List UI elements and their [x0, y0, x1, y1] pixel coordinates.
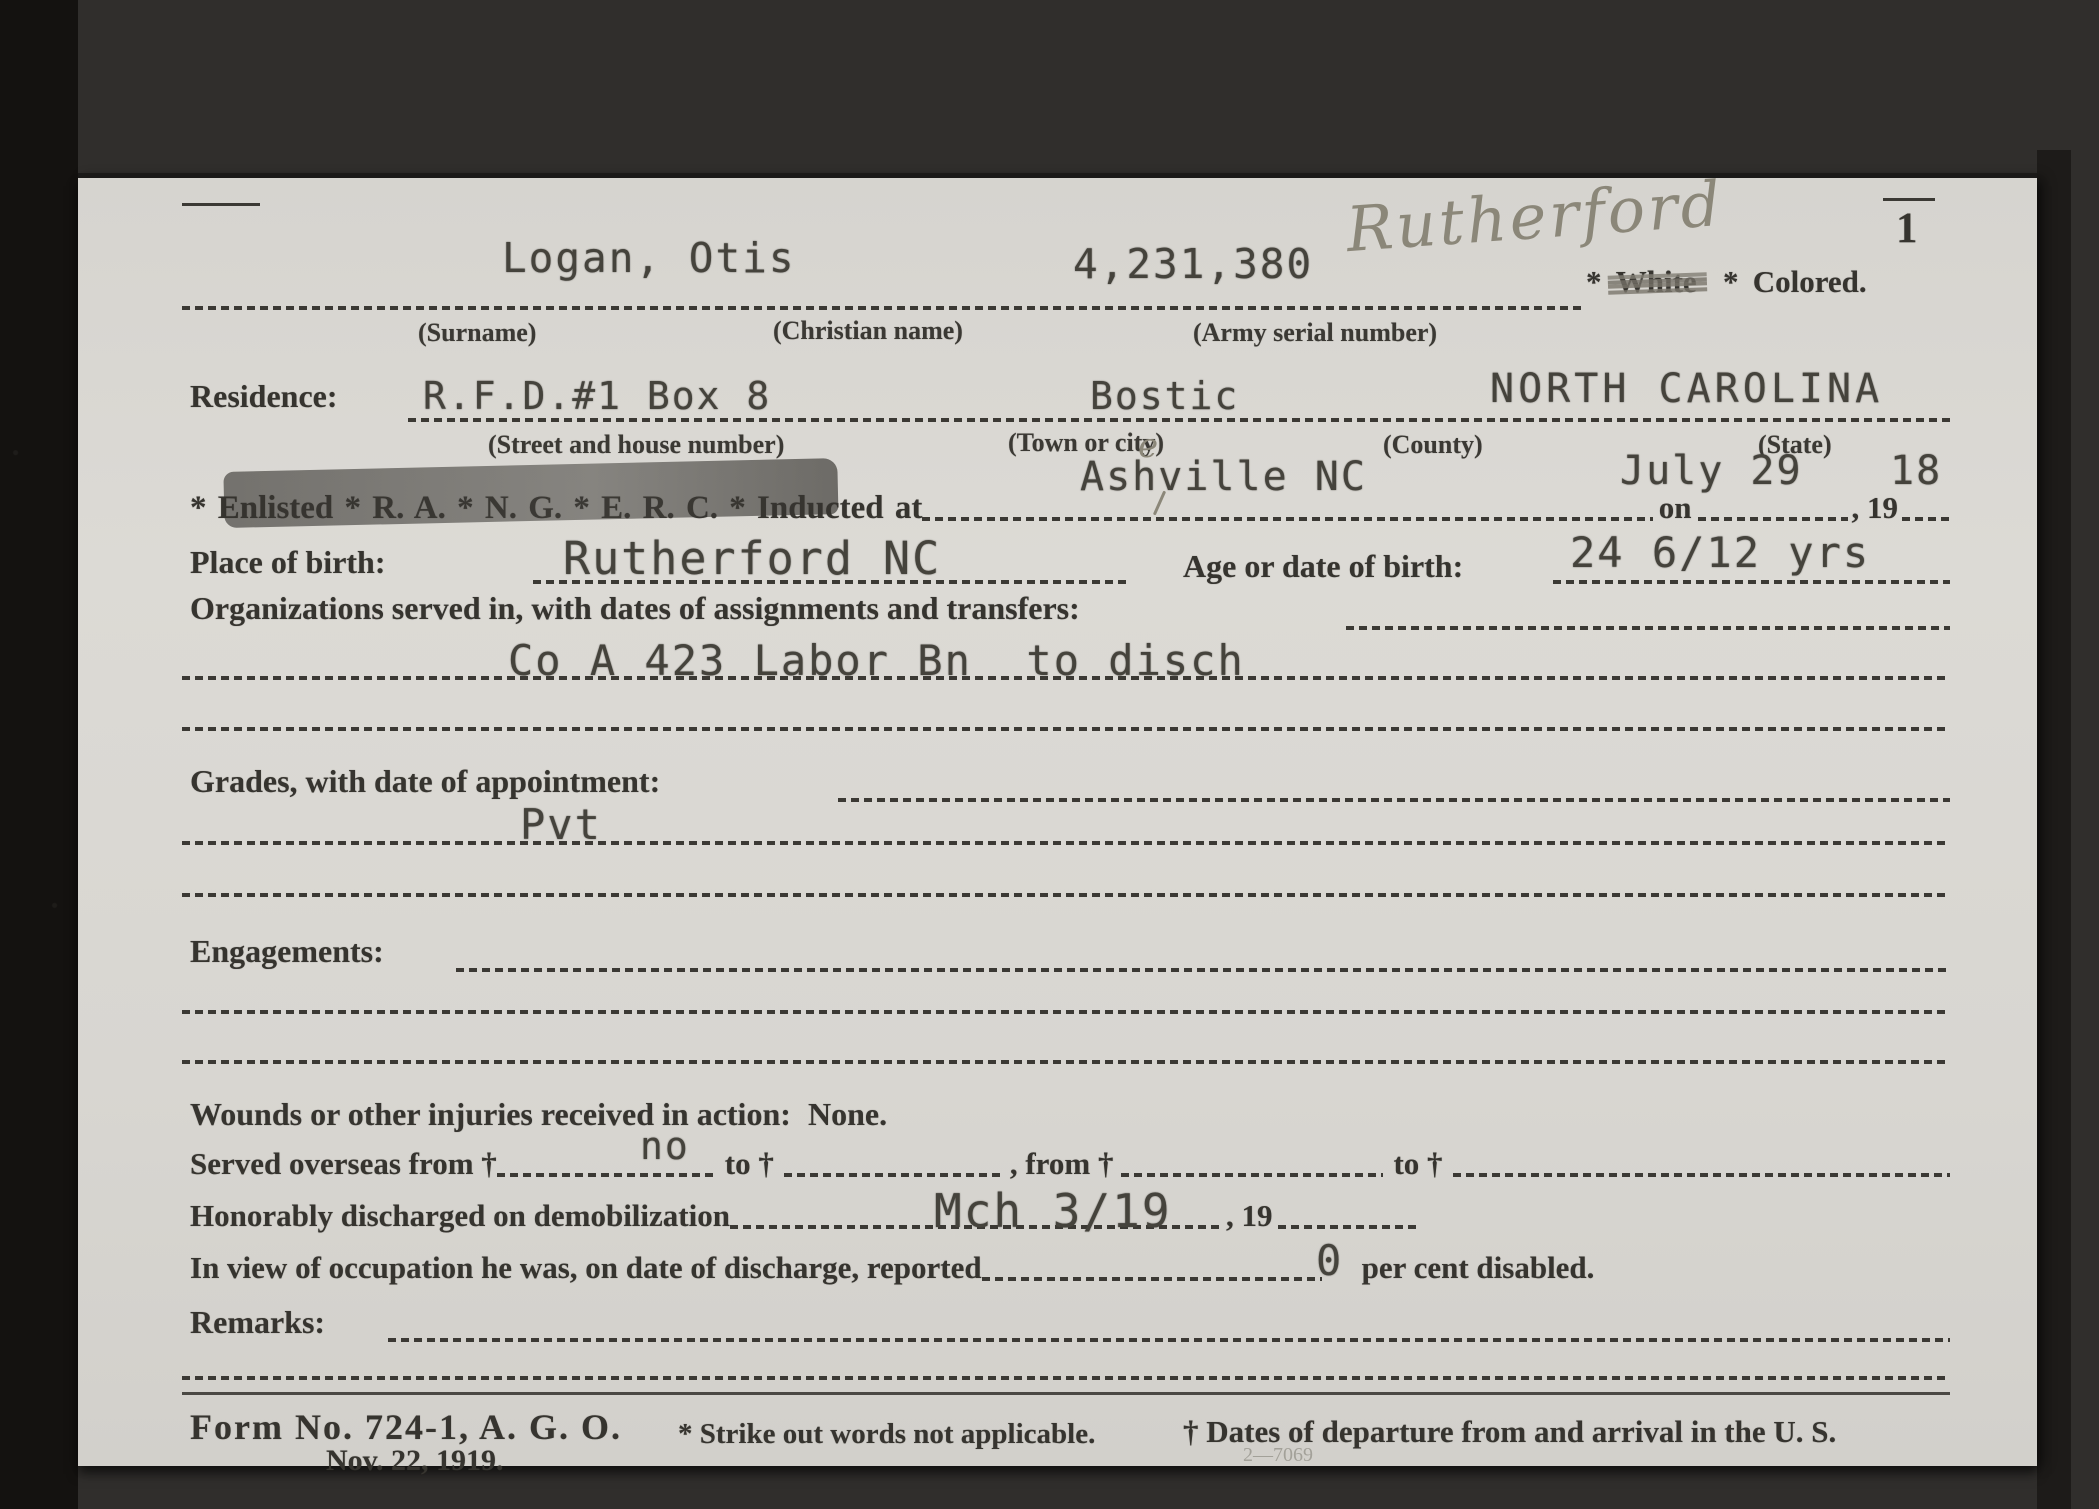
street-label: (Street and house number)	[488, 430, 784, 460]
film-edge-strip	[0, 0, 78, 1509]
organizations-entry-rule-1	[182, 676, 1950, 680]
wounds-label: Wounds or other injuries received in act…	[190, 1096, 791, 1133]
strike-note: * Strike out words not applicable.	[678, 1418, 1095, 1451]
engagements-rule	[456, 968, 1950, 972]
grades-rule	[838, 798, 1950, 802]
organizations-label: Organizations served in, with dates of a…	[190, 590, 1080, 627]
year-prefix-label: , 19	[1852, 486, 1899, 530]
remarks-rule	[388, 1338, 1950, 1342]
engagements-entry-rule-2	[182, 1060, 1950, 1064]
engagements-entry-rule-1	[182, 1010, 1950, 1014]
residence-town-value: Bostic	[1090, 374, 1239, 418]
organizations-rule	[1346, 626, 1950, 630]
disability-label: In view of occupation he was, on date of…	[190, 1246, 982, 1290]
scan-shadow-band	[2037, 150, 2071, 1509]
disability-line: In view of occupation he was, on date of…	[190, 1244, 1930, 1290]
footer-dotted-rule	[182, 1376, 1950, 1380]
race-line: * White * Colored.	[1586, 264, 1867, 301]
overseas-from2-fill	[1121, 1146, 1383, 1186]
overseas-to1-fill	[784, 1146, 1002, 1186]
page-number-line	[1883, 198, 1935, 201]
overseas-to2-fill	[1453, 1146, 1950, 1186]
discharge-year-label: , 19	[1226, 1194, 1273, 1238]
county-label: (County)	[1383, 430, 1483, 460]
discharge-line: Honorably discharged on demobilization ,…	[190, 1192, 1520, 1238]
print-code: 2—7069	[1243, 1444, 1313, 1467]
overseas-to1-label: to †	[725, 1142, 774, 1186]
service-record-card: Logan, Otis 4,231,380 Rutherford 1 * Whi…	[78, 178, 2037, 1466]
induction-year-fill	[1902, 490, 1950, 530]
footer-solid-rule	[182, 1392, 1950, 1395]
induction-place-fill	[922, 490, 1652, 530]
serial-value: 4,231,380	[1073, 240, 1313, 288]
discharge-label: Honorably discharged on demobilization	[190, 1194, 730, 1238]
birth-value: Rutherford NC	[563, 532, 941, 585]
grades-entry-rule-2	[182, 893, 1950, 897]
christian-name-label: (Christian name)	[773, 316, 963, 346]
disability-suffix-label: per cent disabled.	[1362, 1246, 1595, 1290]
overseas-from2-label: , from †	[1010, 1142, 1114, 1186]
organizations-entry-rule-2	[182, 727, 1950, 731]
overseas-line: Served overseas from † to † , from † to …	[190, 1140, 1950, 1186]
page-number: 1	[1896, 204, 1918, 253]
disability-value: 0	[1316, 1236, 1343, 1285]
discharge-value: Mch 3/19	[934, 1184, 1172, 1238]
residence-rule	[408, 418, 1950, 422]
pencil-insert-e: e	[1138, 426, 1158, 466]
induction-date-fill	[1698, 490, 1848, 530]
birth-label: Place of birth:	[190, 544, 386, 581]
overseas-value: no	[640, 1124, 690, 1168]
overseas-label: Served overseas from †	[190, 1142, 497, 1186]
discharge-year-fill	[1278, 1198, 1418, 1238]
residence-street-value: R.F.D.#1 Box 8	[423, 374, 771, 418]
age-value: 24 6/12 yrs	[1570, 528, 1870, 577]
name-value: Logan, Otis	[502, 234, 796, 282]
overseas-to2-label: to †	[1393, 1142, 1442, 1186]
form-date: Nov. 22, 1919.	[326, 1444, 504, 1478]
race-star1: *	[1586, 264, 1602, 299]
scanned-page: Logan, Otis 4,231,380 Rutherford 1 * Whi…	[0, 0, 2099, 1509]
disability-fill	[982, 1250, 1322, 1290]
race-colored: Colored.	[1753, 264, 1867, 299]
race-white: White	[1616, 264, 1697, 300]
name-rule	[182, 306, 1582, 310]
surname-label: (Surname)	[418, 318, 536, 348]
grades-entry-rule-1	[182, 841, 1950, 845]
on-label: on	[1659, 486, 1692, 530]
engagements-label: Engagements:	[190, 933, 384, 970]
grades-label: Grades, with date of appointment:	[190, 763, 660, 800]
serial-label: (Army serial number)	[1193, 318, 1437, 348]
pencil-annotation: Rutherford	[1344, 167, 1726, 266]
form-number: Form No. 724-1, A. G. O.	[190, 1406, 622, 1448]
wounds-value: None.	[808, 1096, 887, 1133]
residence-label: Residence:	[190, 378, 338, 415]
top-dash-mark	[182, 203, 260, 206]
residence-state-value: NORTH CAROLINA	[1490, 366, 1883, 412]
race-star2: *	[1723, 264, 1739, 299]
remarks-label: Remarks:	[190, 1304, 325, 1341]
